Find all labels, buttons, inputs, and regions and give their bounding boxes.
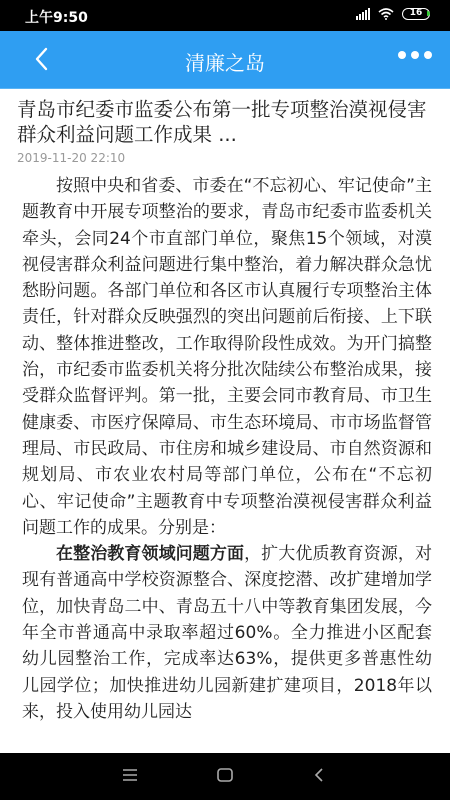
signal-icon: [356, 8, 370, 20]
article-body: 按照中央和省委、市委在“不忘初心、牢记使命”主题教育中开展专项整治的要求，青岛市…: [22, 173, 432, 725]
article-title: 青岛市纪委市监委公布第一批专项整治漠视侵害群众利益问题工作成果 ...: [17, 97, 437, 147]
menu-button[interactable]: [122, 766, 138, 788]
more-dot: [411, 51, 419, 59]
status-icons: 16: [356, 8, 430, 20]
page-title: 清廉之岛: [0, 47, 450, 76]
back-icon: [312, 766, 326, 784]
paragraph: 在整治教育领域问题方面，扩大优质教育资源，对现有普通高中学校资源整合、深度挖潜、…: [22, 541, 432, 725]
paragraph: 按照中央和省委、市委在“不忘初心、牢记使命”主题教育中开展专项整治的要求，青岛市…: [22, 173, 432, 541]
system-nav-bar: [0, 753, 450, 800]
more-button[interactable]: [398, 51, 432, 59]
paragraph-bold-lead: 在整治教育领域问题方面: [56, 544, 244, 564]
nav-back-button[interactable]: [312, 766, 326, 788]
article-content[interactable]: 青岛市纪委市监委公布第一批专项整治漠视侵害群众利益问题工作成果 ... 2019…: [0, 89, 450, 753]
menu-icon: [122, 766, 138, 784]
battery-icon: 16: [402, 8, 430, 20]
home-button[interactable]: [216, 766, 234, 788]
more-dot: [424, 51, 432, 59]
article-date: 2019-11-20 22:10: [17, 151, 125, 165]
home-icon: [216, 766, 234, 784]
app-bar: 清廉之岛: [0, 31, 450, 89]
status-bar: 上午9:50 16: [0, 0, 450, 31]
more-dots-icon: [398, 51, 406, 59]
wifi-icon: [378, 8, 394, 20]
paragraph-text: ，扩大优质教育资源，对现有普通高中学校资源整合、深度挖潜、改扩建增加学位，加快青…: [22, 544, 432, 722]
status-time: 上午9:50: [25, 7, 88, 27]
